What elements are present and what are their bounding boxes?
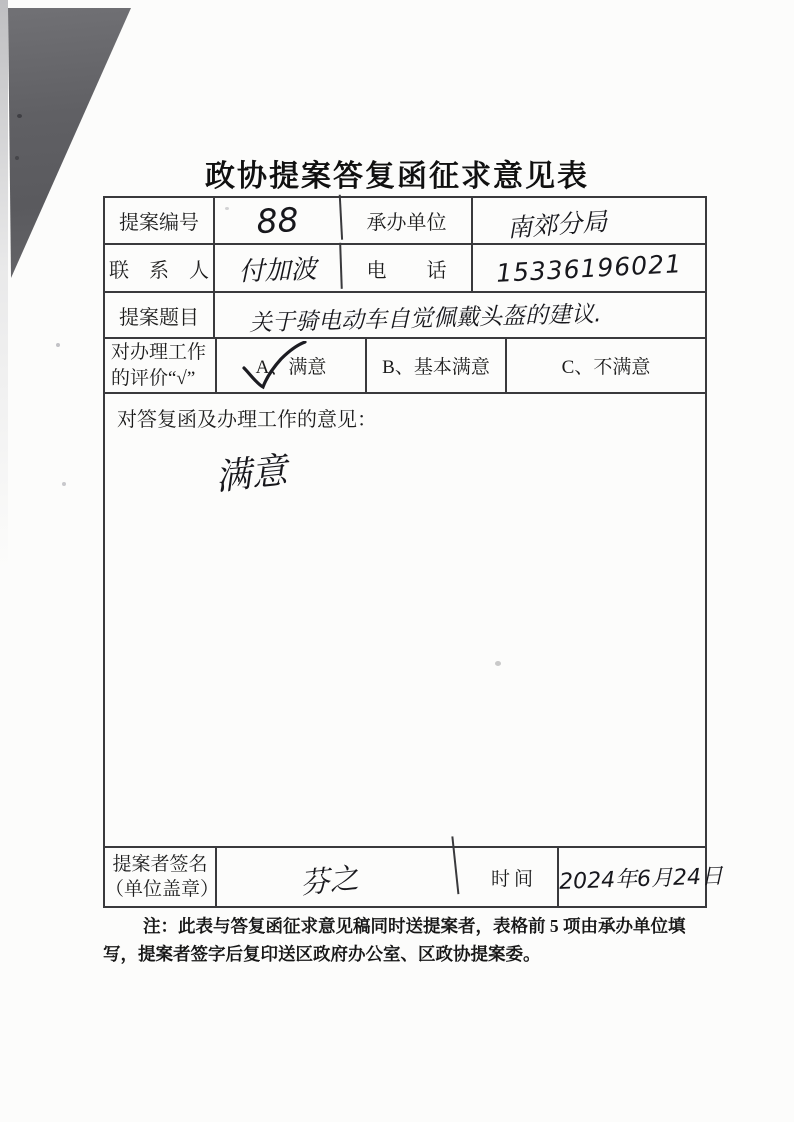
phone-label: 电 话 [342,245,473,291]
opinion-cell: 对答复函及办理工作的意见： 满意 [105,394,705,846]
scan-speck [17,114,22,118]
row-signature-time: 提案者签名 （单位盖章） 芬之 时间 2024年6月24日 [105,848,705,906]
proposal-number-value: 88 [214,195,343,247]
time-value: 2024年6月24日 [558,845,724,909]
option-a-satisfied: A、满意 [217,339,367,392]
row-proposal-number: 提案编号 88 承办单位 南郊分局 [105,198,705,245]
time-label: 时间 [471,848,559,906]
signer-label: 提案者签名 （单位盖章） [105,848,217,906]
evaluation-label: 对办理工作 的评价“√” [105,339,217,392]
proposal-number-label: 提案编号 [105,198,215,243]
organizer-label: 承办单位 [342,198,473,243]
scanned-form-page: 政协提案答复函征求意见表 提案编号 88 承办单位 南郊分局 联 系 人 付加波… [0,0,794,1122]
scan-speck [56,343,60,347]
evaluation-label-line2: 的评价“√” [111,366,195,391]
contact-label: 联 系 人 [105,245,215,291]
handwritten-checkmark-icon [239,341,309,393]
scan-edge-shadow [0,0,8,600]
opinion-label: 对答复函及办理工作的意见： [117,403,377,432]
footnote-line2: 写，提案者签字后复印送区政府办公室、区政协提案委。 [103,941,711,969]
proposer-signature: 芬之 [201,836,460,920]
row-opinion: 对答复函及办理工作的意见： 满意 [105,394,705,848]
row-evaluation: 对办理工作 的评价“√” A、满意 B、基本满意 C、不满意 [105,339,705,394]
evaluation-label-line1: 对办理工作 [111,340,206,365]
footnote-line1: 注：此表与答复函征求意见稿同时送提案者，表格前 5 项由承办单位填 [103,913,711,941]
scan-speck [62,482,66,486]
signer-label-line2: （单位盖章） [105,877,215,902]
proposal-title-label: 提案题目 [105,293,215,337]
proposal-title-value: 关于骑电动车自觉佩戴头盔的建议. [215,287,706,344]
opinion-form-table: 提案编号 88 承办单位 南郊分局 联 系 人 付加波 电 话 15336196… [103,196,707,908]
option-c-not-satisfied: C、不满意 [507,339,705,392]
row-contact: 联 系 人 付加波 电 话 15336196021 [105,245,705,293]
row-proposal-title: 提案题目 关于骑电动车自觉佩戴头盔的建议. [105,293,705,339]
opinion-handwritten-value: 满意 [213,442,290,500]
contact-value: 付加波 [214,243,343,293]
option-b-basically-satisfied: B、基本满意 [367,339,507,392]
footnote: 注：此表与答复函征求意见稿同时送提案者，表格前 5 项由承办单位填 写，提案者签… [103,913,711,968]
page-title: 政协提案答复函征求意见表 [0,151,794,195]
signer-label-line1: 提案者签名 [112,852,207,877]
